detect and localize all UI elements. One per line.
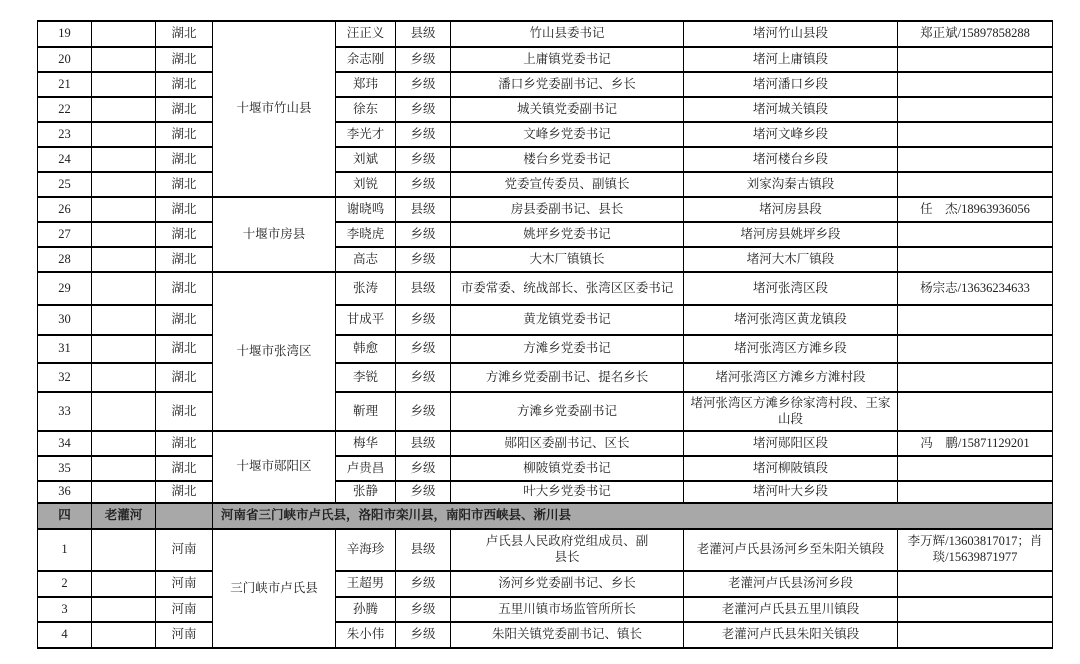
- cell-contact: [898, 97, 1053, 122]
- cell-river: [92, 392, 156, 431]
- cell-level: 乡级: [396, 222, 451, 247]
- cell-province: 湖北: [156, 335, 213, 363]
- cell-province: 湖北: [156, 97, 213, 122]
- cell-position: 房县委副书记、县长: [451, 197, 684, 222]
- cell-number: 36: [38, 481, 92, 503]
- cell-level: 乡级: [396, 122, 451, 147]
- cell-province: 湖北: [156, 21, 213, 47]
- cell-position: 上庸镇党委书记: [451, 47, 684, 72]
- cell-number: 4: [38, 622, 92, 648]
- cell-river: [92, 597, 156, 622]
- cell-river: [92, 122, 156, 147]
- cell-number: 35: [38, 456, 92, 481]
- cell-level: 县级: [396, 272, 451, 305]
- cell-province: 河南: [156, 622, 213, 648]
- cell-level: 乡级: [396, 335, 451, 363]
- table-row: 29湖北十堰市张湾区张涛县级市委常委、统战部长、张湾区区委书记堵河张湾区段杨宗志…: [38, 272, 1053, 305]
- cell-position: 方滩乡党委副书记、提名乡长: [451, 363, 684, 392]
- river-chief-table: 19湖北十堰市竹山县汪正义县级竹山县委书记堵河竹山县段郑正斌/158978582…: [37, 20, 1053, 649]
- cell-level: 乡级: [396, 392, 451, 431]
- cell-level: 县级: [396, 197, 451, 222]
- cell-position: 大木厂镇镇长: [451, 247, 684, 272]
- cell-position: 黄龙镇党委书记: [451, 305, 684, 335]
- cell-province: 河南: [156, 597, 213, 622]
- cell-section: 堵河房县姚坪乡段: [684, 222, 898, 247]
- table-row: 4河南朱小伟乡级朱阳关镇党委副书记、镇长老灌河卢氏县朱阳关镇段: [38, 622, 1053, 648]
- cell-province: 湖北: [156, 431, 213, 456]
- cell-section: 堵河竹山县段: [684, 21, 898, 47]
- cell-position: 柳陂镇党委书记: [451, 456, 684, 481]
- cell-number: 33: [38, 392, 92, 431]
- cell-contact: [898, 571, 1053, 597]
- cell-contact: [898, 172, 1053, 197]
- cell-level: 乡级: [396, 363, 451, 392]
- cell-section: 堵河房县段: [684, 197, 898, 222]
- cell-contact: [898, 335, 1053, 363]
- cell-section: 老灌河卢氏县汤河乡至朱阳关镇段: [684, 529, 898, 571]
- cell-name: 汪正义: [336, 21, 396, 47]
- cell-contact: 李万辉/13603817017；肖 琰/15639871977: [898, 529, 1053, 571]
- cell-river: [92, 21, 156, 47]
- cell-level: 乡级: [396, 305, 451, 335]
- table-row: 35湖北卢贵昌乡级柳陂镇党委书记堵河柳陂镇段: [38, 456, 1053, 481]
- table-row: 3河南孙腾乡级五里川镇市场监管所所长老灌河卢氏县五里川镇段: [38, 597, 1053, 622]
- cell-number: 28: [38, 247, 92, 272]
- cell-name: 王超男: [336, 571, 396, 597]
- cell-level: 乡级: [396, 571, 451, 597]
- cell-number: 24: [38, 147, 92, 172]
- cell-number: 19: [38, 21, 92, 47]
- cell-name: 刘斌: [336, 147, 396, 172]
- cell-contact: [898, 222, 1053, 247]
- cell-number: 20: [38, 47, 92, 72]
- cell-number: 31: [38, 335, 92, 363]
- cell-river: [92, 47, 156, 72]
- table-row: 23湖北李光才乡级文峰乡党委书记堵河文峰乡段: [38, 122, 1053, 147]
- cell-name: 甘成平: [336, 305, 396, 335]
- cell-level: 乡级: [396, 172, 451, 197]
- cell-position: 叶大乡党委书记: [451, 481, 684, 503]
- cell-province: 湖北: [156, 305, 213, 335]
- table-row: 25湖北刘锐乡级党委宣传委员、副镇长刘家沟秦古镇段: [38, 172, 1053, 197]
- cell-province: 湖北: [156, 392, 213, 431]
- table-row: 21湖北郑玮乡级潘口乡党委副书记、乡长堵河潘口乡段: [38, 72, 1053, 97]
- cell-section: 堵河张湾区黄龙镇段: [684, 305, 898, 335]
- cell-position: 楼台乡党委书记: [451, 147, 684, 172]
- table-row: 30湖北甘成平乡级黄龙镇党委书记堵河张湾区黄龙镇段: [38, 305, 1053, 335]
- cell-name: 辛海珍: [336, 529, 396, 571]
- cell-number: 21: [38, 72, 92, 97]
- cell-river: [92, 147, 156, 172]
- cell-river: [92, 272, 156, 305]
- cell-river: [92, 305, 156, 335]
- cell-name: 徐东: [336, 97, 396, 122]
- table-row: 34湖北十堰市郧阳区梅华县级郧阳区委副书记、区长堵河郧阳区段冯 鹏/158711…: [38, 431, 1053, 456]
- cell-name: 高志: [336, 247, 396, 272]
- cell-position: 方滩乡党委书记: [451, 335, 684, 363]
- table-row: 27湖北李晓虎乡级姚坪乡党委书记堵河房县姚坪乡段: [38, 222, 1053, 247]
- cell-contact: [898, 147, 1053, 172]
- cell-province: 河南: [156, 571, 213, 597]
- cell-river: [92, 222, 156, 247]
- cell-position: 汤河乡党委副书记、乡长: [451, 571, 684, 597]
- cell-position: 文峰乡党委书记: [451, 122, 684, 147]
- cell-name: 张涛: [336, 272, 396, 305]
- table-row: 26湖北十堰市房县谢晓鸣县级房县委副书记、县长堵河房县段任 杰/18963936…: [38, 197, 1053, 222]
- cell-river: [92, 197, 156, 222]
- cell-section: 刘家沟秦古镇段: [684, 172, 898, 197]
- table-row: 1河南三门峡市卢氏县辛海珍县级卢氏县人民政府党组成员、副 县长老灌河卢氏县汤河乡…: [38, 529, 1053, 571]
- cell-section: 堵河城关镇段: [684, 97, 898, 122]
- cell-section: 堵河大木厂镇段: [684, 247, 898, 272]
- cell-number: 22: [38, 97, 92, 122]
- document-page: 19湖北十堰市竹山县汪正义县级竹山县委书记堵河竹山县段郑正斌/158978582…: [0, 0, 1080, 664]
- cell-number: 32: [38, 363, 92, 392]
- cell-city: 十堰市张湾区: [213, 272, 336, 431]
- cell-contact: 郑正斌/15897858288: [898, 21, 1053, 47]
- cell-river: [92, 529, 156, 571]
- cell-contact: [898, 392, 1053, 431]
- cell-name: 谢晓鸣: [336, 197, 396, 222]
- cell-name: 郑玮: [336, 72, 396, 97]
- cell-number: 1: [38, 529, 92, 571]
- cell-province: 湖北: [156, 456, 213, 481]
- cell-name: 孙腾: [336, 597, 396, 622]
- band-description: 河南省三门峡市卢氏县，洛阳市栾川县，南阳市西峡县、淅川县: [213, 503, 1053, 529]
- cell-name: 靳理: [336, 392, 396, 431]
- cell-name: 张静: [336, 481, 396, 503]
- cell-position: 方滩乡党委副书记: [451, 392, 684, 431]
- cell-province: 湖北: [156, 172, 213, 197]
- cell-contact: [898, 622, 1053, 648]
- cell-province: 湖北: [156, 247, 213, 272]
- table-body: 19湖北十堰市竹山县汪正义县级竹山县委书记堵河竹山县段郑正斌/158978582…: [38, 21, 1053, 648]
- cell-contact: [898, 122, 1053, 147]
- cell-name: 李锐: [336, 363, 396, 392]
- cell-section: 堵河叶大乡段: [684, 481, 898, 503]
- table-row: 33湖北靳理乡级方滩乡党委副书记堵河张湾区方滩乡徐家湾村段、王家 山段: [38, 392, 1053, 431]
- cell-river: [92, 247, 156, 272]
- cell-province: 湖北: [156, 147, 213, 172]
- cell-section: 堵河潘口乡段: [684, 72, 898, 97]
- cell-number: 2: [38, 571, 92, 597]
- cell-number: 26: [38, 197, 92, 222]
- cell-number: 23: [38, 122, 92, 147]
- table-row: 24湖北刘斌乡级楼台乡党委书记堵河楼台乡段: [38, 147, 1053, 172]
- cell-river: [92, 97, 156, 122]
- cell-river: [92, 622, 156, 648]
- cell-province: 湖北: [156, 197, 213, 222]
- cell-position: 朱阳关镇党委副书记、镇长: [451, 622, 684, 648]
- cell-number: 25: [38, 172, 92, 197]
- table-row: 19湖北十堰市竹山县汪正义县级竹山县委书记堵河竹山县段郑正斌/158978582…: [38, 21, 1053, 47]
- cell-name: 李光才: [336, 122, 396, 147]
- cell-province: 湖北: [156, 222, 213, 247]
- cell-number: 34: [38, 431, 92, 456]
- cell-section: 堵河张湾区方滩乡徐家湾村段、王家 山段: [684, 392, 898, 431]
- cell-contact: 冯 鹏/15871129201: [898, 431, 1053, 456]
- cell-city: 十堰市竹山县: [213, 21, 336, 197]
- cell-contact: 杨宗志/13636234633: [898, 272, 1053, 305]
- table-row: 32湖北李锐乡级方滩乡党委副书记、提名乡长堵河张湾区方滩乡方滩村段: [38, 363, 1053, 392]
- cell-province: 湖北: [156, 363, 213, 392]
- table-row: 22湖北徐东乡级城关镇党委副书记堵河城关镇段: [38, 97, 1053, 122]
- cell-contact: [898, 247, 1053, 272]
- cell-section: 堵河张湾区方滩乡方滩村段: [684, 363, 898, 392]
- cell-position: 市委常委、统战部长、张湾区区委书记: [451, 272, 684, 305]
- cell-blank: [156, 503, 213, 529]
- cell-section: 堵河张湾区段: [684, 272, 898, 305]
- cell-level: 乡级: [396, 72, 451, 97]
- cell-level: 乡级: [396, 481, 451, 503]
- cell-number: 30: [38, 305, 92, 335]
- cell-section: 堵河张湾区方滩乡段: [684, 335, 898, 363]
- cell-level: 乡级: [396, 622, 451, 648]
- band-row: 四老灌河河南省三门峡市卢氏县，洛阳市栾川县，南阳市西峡县、淅川县: [38, 503, 1053, 529]
- cell-contact: [898, 363, 1053, 392]
- cell-number: 29: [38, 272, 92, 305]
- cell-level: 乡级: [396, 97, 451, 122]
- cell-river: [92, 172, 156, 197]
- cell-contact: [898, 47, 1053, 72]
- cell-river: [92, 363, 156, 392]
- cell-river: [92, 456, 156, 481]
- cell-province: 湖北: [156, 481, 213, 503]
- cell-level: 县级: [396, 431, 451, 456]
- table-row: 2河南王超男乡级汤河乡党委副书记、乡长老灌河卢氏县汤河乡段: [38, 571, 1053, 597]
- cell-section: 堵河郧阳区段: [684, 431, 898, 456]
- cell-level: 县级: [396, 529, 451, 571]
- cell-name: 刘锐: [336, 172, 396, 197]
- cell-section: 堵河柳陂镇段: [684, 456, 898, 481]
- cell-level: 乡级: [396, 47, 451, 72]
- cell-number: 四: [38, 503, 92, 529]
- cell-province: 河南: [156, 529, 213, 571]
- cell-contact: [898, 305, 1053, 335]
- cell-river: 老灌河: [92, 503, 156, 529]
- cell-contact: [898, 597, 1053, 622]
- cell-name: 朱小伟: [336, 622, 396, 648]
- cell-river: [92, 72, 156, 97]
- table-row: 31湖北韩愈乡级方滩乡党委书记堵河张湾区方滩乡段: [38, 335, 1053, 363]
- cell-contact: [898, 481, 1053, 503]
- cell-province: 湖北: [156, 47, 213, 72]
- cell-province: 湖北: [156, 272, 213, 305]
- cell-city: 十堰市郧阳区: [213, 431, 336, 503]
- cell-position: 潘口乡党委副书记、乡长: [451, 72, 684, 97]
- cell-section: 老灌河卢氏县汤河乡段: [684, 571, 898, 597]
- cell-level: 乡级: [396, 456, 451, 481]
- cell-river: [92, 335, 156, 363]
- cell-name: 韩愈: [336, 335, 396, 363]
- cell-position: 五里川镇市场监管所所长: [451, 597, 684, 622]
- cell-city: 三门峡市卢氏县: [213, 529, 336, 648]
- cell-number: 27: [38, 222, 92, 247]
- cell-section: 堵河上庸镇段: [684, 47, 898, 72]
- cell-river: [92, 431, 156, 456]
- cell-name: 卢贵昌: [336, 456, 396, 481]
- cell-contact: [898, 72, 1053, 97]
- cell-province: 湖北: [156, 72, 213, 97]
- cell-name: 梅华: [336, 431, 396, 456]
- cell-level: 乡级: [396, 247, 451, 272]
- cell-river: [92, 571, 156, 597]
- cell-position: 党委宣传委员、副镇长: [451, 172, 684, 197]
- cell-section: 堵河文峰乡段: [684, 122, 898, 147]
- cell-level: 乡级: [396, 147, 451, 172]
- cell-river: [92, 481, 156, 503]
- cell-position: 城关镇党委副书记: [451, 97, 684, 122]
- cell-contact: 任 杰/18963936056: [898, 197, 1053, 222]
- cell-city: 十堰市房县: [213, 197, 336, 272]
- cell-section: 老灌河卢氏县朱阳关镇段: [684, 622, 898, 648]
- cell-position: 姚坪乡党委书记: [451, 222, 684, 247]
- cell-position: 郧阳区委副书记、区长: [451, 431, 684, 456]
- cell-position: 竹山县委书记: [451, 21, 684, 47]
- table-row: 20湖北余志刚乡级上庸镇党委书记堵河上庸镇段: [38, 47, 1053, 72]
- cell-number: 3: [38, 597, 92, 622]
- cell-province: 湖北: [156, 122, 213, 147]
- cell-position: 卢氏县人民政府党组成员、副 县长: [451, 529, 684, 571]
- cell-level: 乡级: [396, 597, 451, 622]
- cell-name: 李晓虎: [336, 222, 396, 247]
- cell-name: 余志刚: [336, 47, 396, 72]
- cell-section: 堵河楼台乡段: [684, 147, 898, 172]
- table-row: 28湖北高志乡级大木厂镇镇长堵河大木厂镇段: [38, 247, 1053, 272]
- cell-section: 老灌河卢氏县五里川镇段: [684, 597, 898, 622]
- table-row: 36湖北张静乡级叶大乡党委书记堵河叶大乡段: [38, 481, 1053, 503]
- cell-contact: [898, 456, 1053, 481]
- cell-level: 县级: [396, 21, 451, 47]
